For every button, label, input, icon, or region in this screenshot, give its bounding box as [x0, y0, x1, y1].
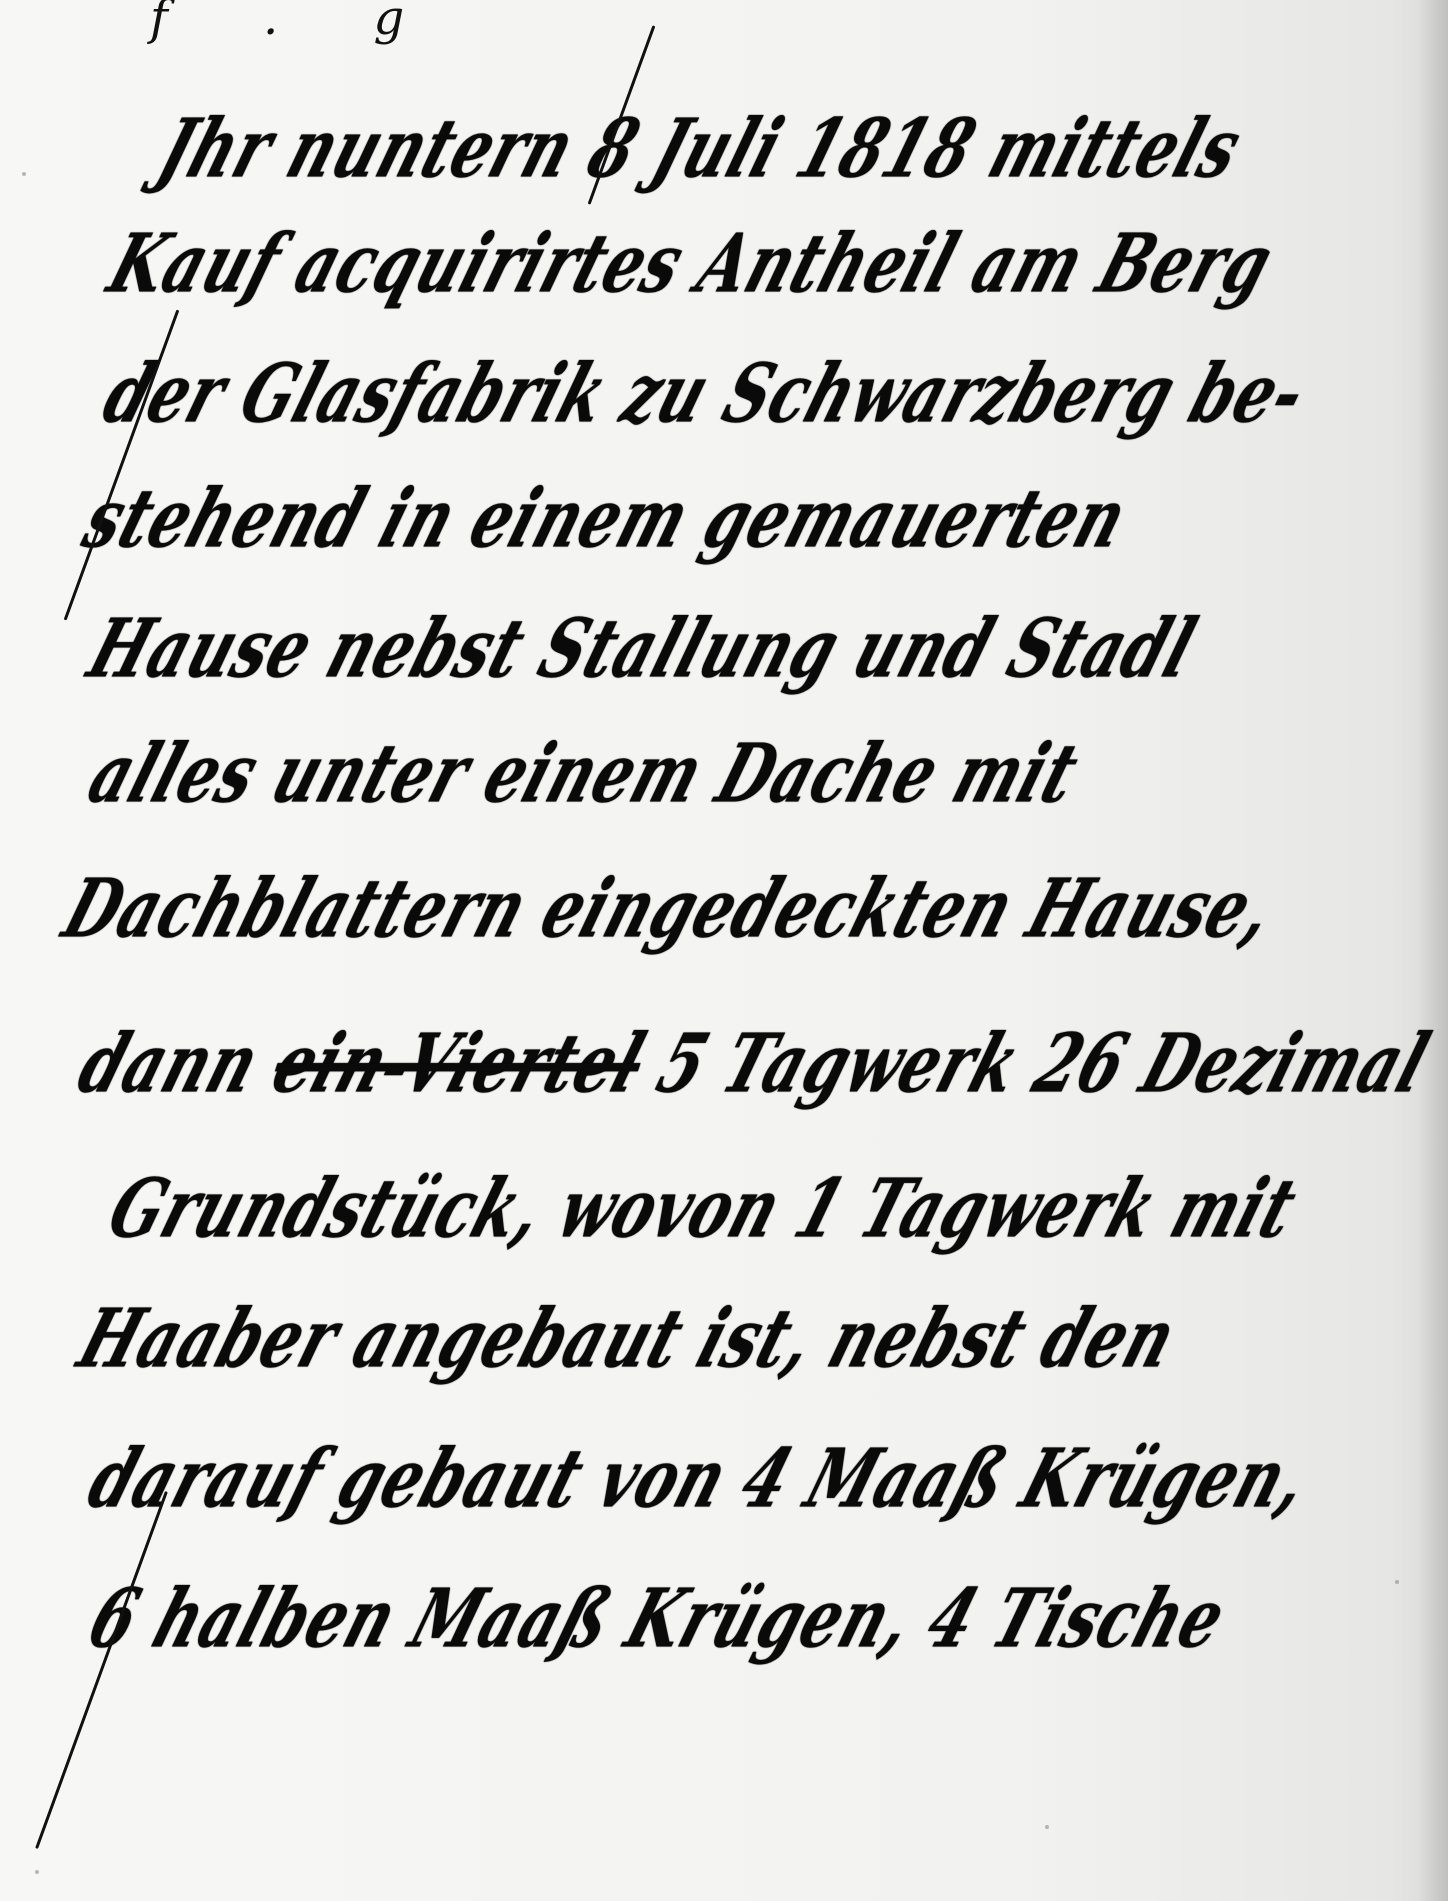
manuscript-line-8: dann ein-Viertel 5 Tagwerk 26 Dezimal [70, 1024, 1438, 1105]
manuscript-line-4: stehend in einem gemauerten [75, 479, 1136, 560]
manuscript-line-5: Hause nebst Stallung und Stadl [80, 609, 1205, 690]
manuscript-line-12: 6 halben Maaß Krügen, 4 Tische [80, 1579, 1235, 1660]
page-edge-shadow [1418, 0, 1448, 1901]
manuscript-line-2: Kauf acquirirtes Antheil am Berg [100, 224, 1282, 305]
top-line-fragment: f . g [150, 0, 444, 46]
manuscript-line-6: alles unter einem Dache mit [80, 734, 1088, 815]
line-8-rest: 5 Tagwerk 26 Dezimal [647, 1017, 1441, 1112]
manuscript-line-11: darauf gebaut von 4 Maaß Krügen, [80, 1439, 1318, 1520]
paper-speck [35, 1870, 39, 1874]
paper-speck [1045, 1825, 1049, 1829]
manuscript-line-10: Haaber angebaut ist, nebst den [70, 1299, 1185, 1380]
manuscript-line-3: der Glasfabrik zu Schwarzberg be- [95, 354, 1315, 435]
manuscript-page: f . g Jhr nuntern 8 Juli 1818 mittels Ka… [0, 0, 1448, 1901]
pen-stroke-loop [35, 1491, 168, 1849]
manuscript-line-9: Grundstück, wovon 1 Tagwerk mit [100, 1169, 1306, 1250]
line-8-start: dann [68, 1017, 271, 1112]
struck-out-text: ein-Viertel [262, 1017, 656, 1112]
manuscript-line-7: Dachblattern eingedeckten Hause, [55, 869, 1283, 950]
paper-speck [1395, 1580, 1399, 1584]
paper-speck [22, 172, 26, 176]
manuscript-line-1: Jhr nuntern 8 Juli 1818 mittels [150, 109, 1250, 190]
